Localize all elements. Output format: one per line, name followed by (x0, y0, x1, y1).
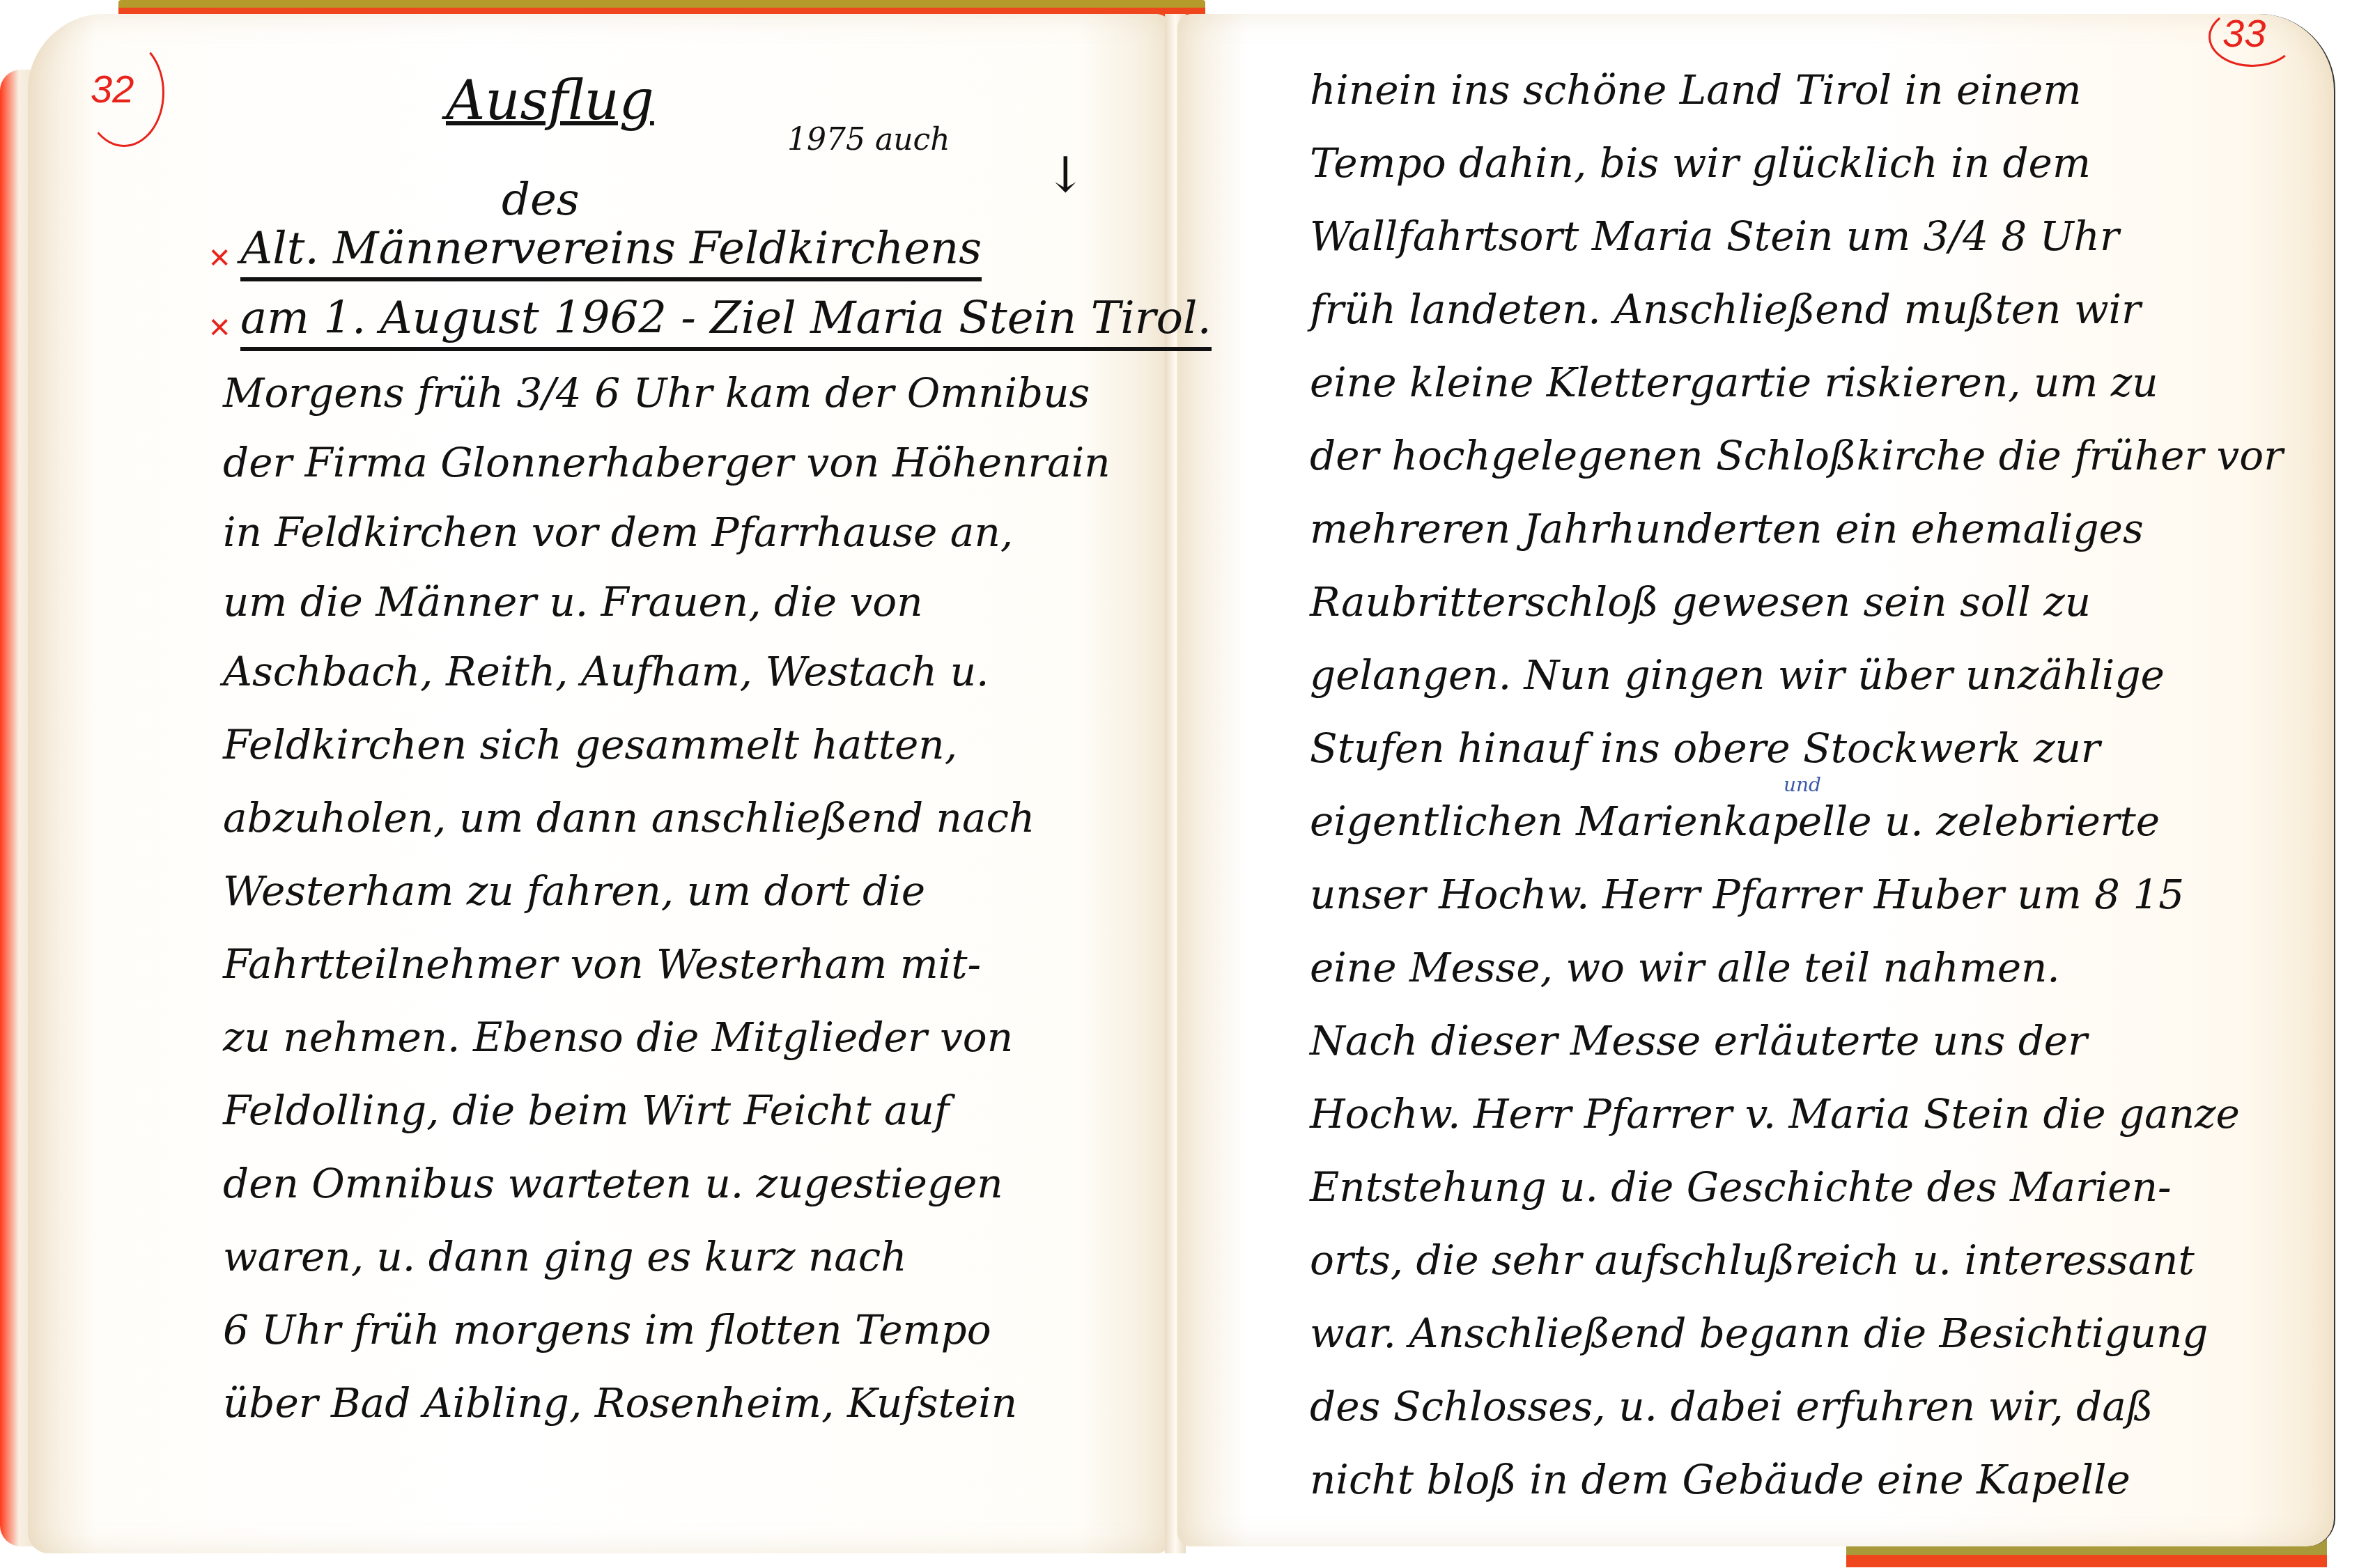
text-line: um die Männer u. Frauen, die von (223, 578, 923, 626)
page-number-circle (2209, 7, 2296, 67)
heading-line: Alt. Männervereins Feldkirchens (240, 223, 982, 281)
text-line: der Firma Glonnerhaberger von Höhenrain (223, 439, 1111, 486)
text-line: eine kleine Klettergartie riskieren, um … (1310, 359, 2158, 406)
text-line: Entstehung u. die Geschichte des Marien- (1310, 1163, 2172, 1211)
text-line: Hochw. Herr Pfarrer v. Maria Stein die g… (1310, 1090, 2240, 1138)
text-line: Feldkirchen sich gesammelt hatten, (223, 721, 957, 768)
text-line: war. Anschließend begann die Besichtigun… (1310, 1310, 2208, 1357)
text-line: Tempo dahin, bis wir glücklich in dem (1310, 139, 2091, 187)
text-line: waren, u. dann ging es kurz nach (223, 1233, 907, 1280)
text-line: in Feldkirchen vor dem Pfarrhause an, (223, 509, 1013, 556)
title-article: des (502, 174, 580, 226)
text-line: Morgens früh 3/4 6 Uhr kam der Omnibus (223, 369, 1090, 417)
text-line: unser Hochw. Herr Pfarrer Huber um 8 15 (1310, 871, 2184, 918)
text-line: 6 Uhr früh morgens im flotten Tempo (223, 1306, 991, 1353)
text-line: Raubritterschloß gewesen sein soll zu (1310, 578, 2091, 626)
page-number-left: 32 (91, 66, 134, 111)
red-x-marker-icon: × (209, 306, 230, 348)
down-arrow-icon: ↓ (1045, 146, 1086, 203)
text-line: hinein ins schöne Land Tirol in einem (1310, 66, 2081, 114)
inserted-word: und (1784, 773, 1821, 796)
text-line: mehreren Jahrhunderten ein ehemaliges (1310, 505, 2144, 552)
page-number-circle (84, 38, 164, 147)
text-line: Stufen hinauf ins obere Stockwerk zur (1310, 724, 2101, 772)
text-line: eigentlichen Marienkapelle u. zelebriert… (1310, 798, 2160, 845)
annotation-year: 1975 auch (787, 122, 950, 157)
text-line: Westerham zu fahren, um dort die (223, 867, 925, 915)
text-line: zu nehmen. Ebenso die Mitglieder von (223, 1014, 1013, 1061)
text-line: des Schlosses, u. dabei erfuhren wir, da… (1310, 1383, 2153, 1430)
text-line: Nach dieser Messe erläuterte uns der (1310, 1017, 2087, 1064)
text-line: Feldolling, die beim Wirt Feicht auf (223, 1087, 949, 1134)
heading-line: am 1. August 1962 - Ziel Maria Stein Tir… (240, 293, 1212, 351)
red-x-marker-icon: × (209, 237, 230, 279)
text-line: Aschbach, Reith, Aufham, Westach u. (223, 648, 989, 695)
text-line: über Bad Aibling, Rosenheim, Kufstein (223, 1379, 1017, 1427)
text-line: nicht bloß in dem Gebäude eine Kapelle (1310, 1456, 2130, 1503)
text-line: der hochgelegenen Schloßkirche die frühe… (1310, 432, 2283, 479)
text-line: abzuholen, um dann anschließend nach (223, 794, 1035, 841)
notebook-spread: 32 Ausflug 1975 auch des ↓ × × Alt. Männ… (0, 0, 2359, 1568)
text-line: Fahrtteilnehmer von Westerham mit- (223, 940, 981, 988)
page-number-right: 33 (2222, 10, 2266, 56)
text-line: Wallfahrtsort Maria Stein um 3/4 8 Uhr (1310, 212, 2119, 260)
text-line: früh landeten. Anschließend mußten wir (1310, 286, 2141, 333)
text-line: eine Messe, wo wir alle teil nahmen. (1310, 944, 2060, 991)
text-line: orts, die sehr aufschlußreich u. interes… (1310, 1236, 2195, 1284)
page-title: Ausflug (446, 70, 654, 132)
text-line: den Omnibus warteten u. zugestiegen (223, 1160, 1003, 1207)
text-line: gelangen. Nun gingen wir über unzählige (1310, 651, 2165, 699)
